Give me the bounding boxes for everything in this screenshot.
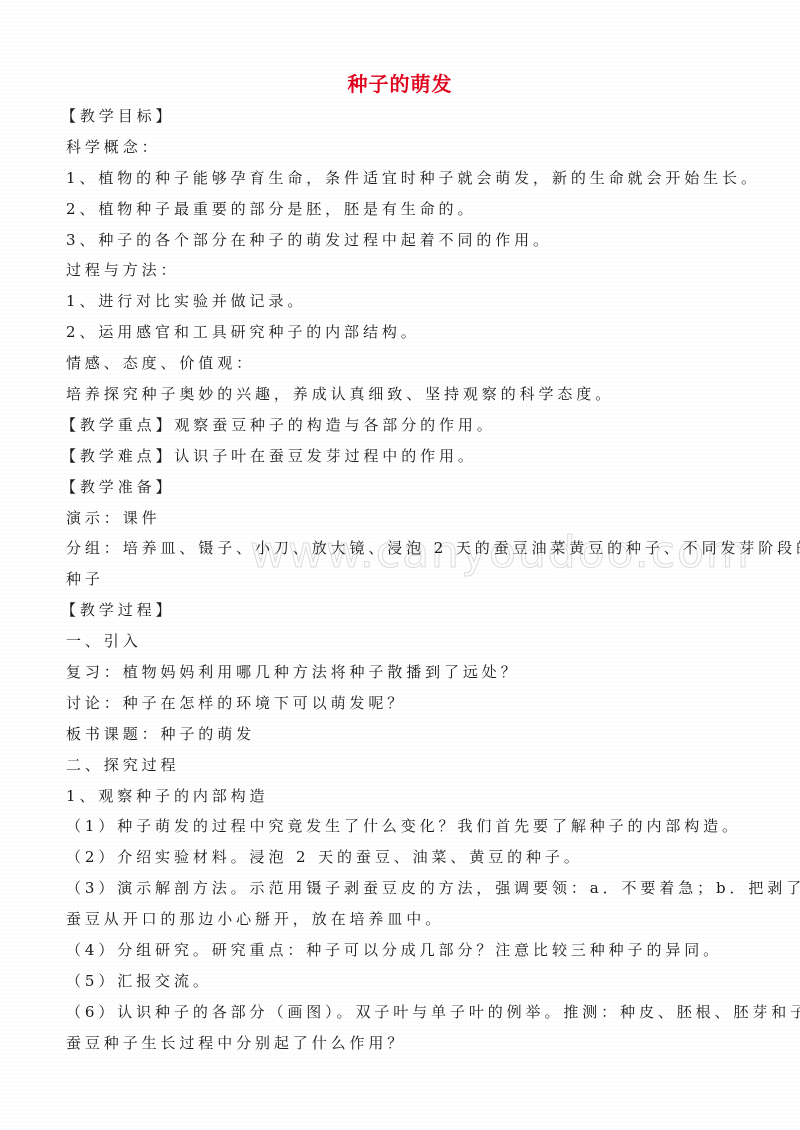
- step-1-item-6-cont: 蚕豆种子生长过程中分别起了什么作用？: [66, 1031, 728, 1062]
- section-teaching-focus: 【教学重点】观察蚕豆种子的构造与各部分的作用。: [61, 413, 728, 444]
- step-1-item-5: （5）汇报交流。: [66, 969, 728, 1000]
- concept-item-3: 3、种子的各个部分在种子的萌发过程中起着不同的作用。: [66, 228, 728, 259]
- attitude-text: 培养探究种子奥妙的兴趣，养成认真细致、坚持观察的科学态度。: [66, 382, 728, 413]
- preparation-group-cont: 种子: [66, 567, 728, 598]
- concept-item-1: 1、植物的种子能够孕育生命，条件适宜时种子就会萌发，新的生命就会开始生长。: [66, 166, 728, 197]
- subheading-process-methods: 过程与方法：: [66, 258, 728, 289]
- subheading-science-concepts: 科学概念：: [66, 135, 728, 166]
- section-teaching-difficulty: 【教学难点】认识子叶在蚕豆发芽过程中的作用。: [61, 444, 728, 475]
- discussion-question: 讨论：种子在怎样的环境下可以萌发呢？: [66, 691, 728, 722]
- method-item-2: 2、运用感官和工具研究种子的内部结构。: [66, 320, 728, 351]
- step-1-item-2: （2）介绍实验材料。浸泡 2 天的蚕豆、油菜、黄豆的种子。: [66, 845, 728, 876]
- section-heading-teaching-goals: 【教学目标】: [61, 104, 728, 135]
- section-heading-preparation: 【教学准备】: [61, 475, 728, 506]
- board-topic: 板书课题：种子的萌发: [66, 722, 728, 753]
- step-1-item-3: （3）演示解剖方法。示范用镊子剥蚕豆皮的方法，强调要领：a．不要着急；b．把剥了…: [66, 876, 728, 907]
- review-question: 复习：植物妈妈利用哪几种方法将种子散播到了远处？: [66, 660, 728, 691]
- preparation-demo: 演示：课件: [66, 506, 728, 537]
- document-body: 【教学目标】 科学概念： 1、植物的种子能够孕育生命，条件适宜时种子就会萌发，新…: [66, 104, 728, 1062]
- method-item-1: 1、进行对比实验并做记录。: [66, 289, 728, 320]
- step-1-item-4: （4）分组研究。研究重点：种子可以分成几部分？注意比较三种种子的异同。: [66, 938, 728, 969]
- part-one-heading: 一、引入: [66, 629, 728, 660]
- document-page: 种子的萌发 www.canyoudoo.com 【教学目标】 科学概念： 1、植…: [0, 0, 800, 1130]
- step-1-item-6: （6）认识种子的各部分（画图）。双子叶与单子叶的例举。推测：种皮、胚根、胚芽和子…: [66, 1000, 728, 1031]
- step-1-heading: 1、观察种子的内部构造: [66, 784, 728, 815]
- preparation-group: 分组：培养皿、镊子、小刀、放大镜、浸泡 2 天的蚕豆油菜黄豆的种子、不同发芽阶段…: [66, 536, 728, 567]
- document-title: 种子的萌发: [0, 71, 800, 97]
- concept-item-2: 2、植物种子最重要的部分是胚，胚是有生命的。: [66, 197, 728, 228]
- step-1-item-3-cont: 蚕豆从开口的那边小心掰开，放在培养皿中。: [66, 907, 728, 938]
- part-two-heading: 二、探究过程: [66, 753, 728, 784]
- step-1-item-1: （1）种子萌发的过程中究竟发生了什么变化？我们首先要了解种子的内部构造。: [66, 814, 728, 845]
- subheading-attitudes-values: 情感、态度、价值观：: [66, 351, 728, 382]
- section-heading-teaching-process: 【教学过程】: [61, 598, 728, 629]
